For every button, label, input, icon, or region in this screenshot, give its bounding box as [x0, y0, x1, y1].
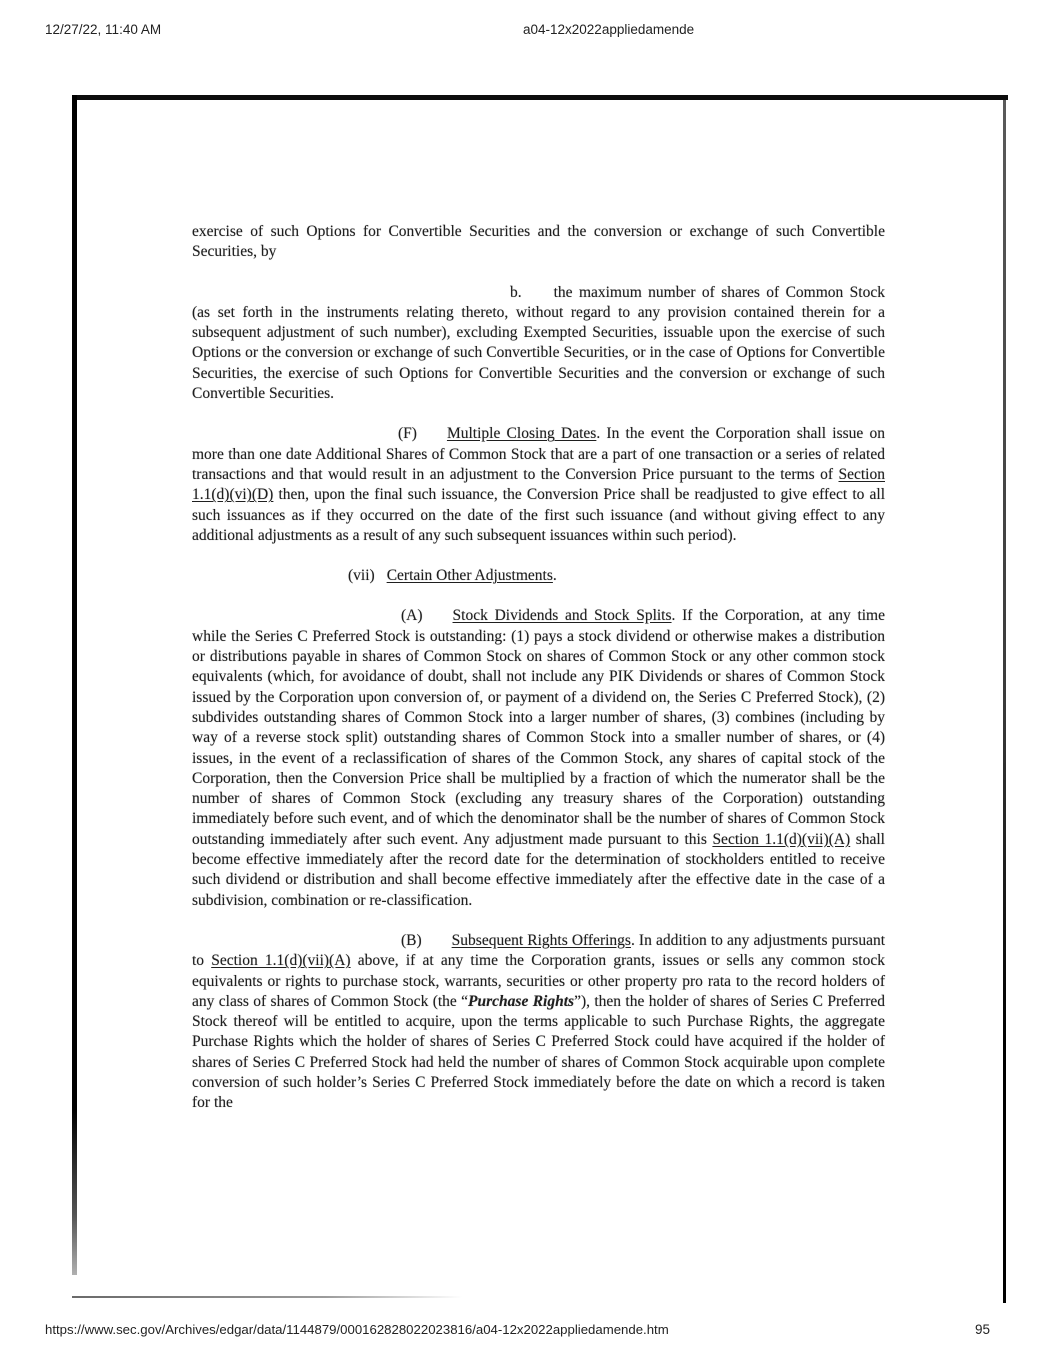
- paragraph-clause-F: (F)Multiple Closing Dates. In the event …: [192, 424, 885, 546]
- page-border-top: [72, 95, 1008, 100]
- clause-label: (A): [401, 607, 423, 624]
- clause-heading: Certain Other Adjustments: [387, 567, 553, 584]
- clause-label: b.: [510, 284, 522, 301]
- clause-heading: Multiple Closing Dates: [447, 425, 596, 442]
- paragraph-text: the maximum number of shares of Common S…: [192, 284, 885, 402]
- clause-label: (B): [401, 932, 422, 949]
- clause-label: (F): [398, 425, 417, 442]
- paragraph-clause-B: (B)Subsequent Rights Offerings. In addit…: [192, 931, 885, 1114]
- paragraph-continuation: exercise of such Options for Convertible…: [192, 222, 885, 263]
- page-border-right: [1003, 100, 1006, 1303]
- print-footer-page-number: 95: [975, 1322, 990, 1337]
- paragraph-text: then, upon the final such issuance, the …: [192, 486, 885, 544]
- page-border-bottom: [72, 1296, 462, 1298]
- paragraph-text: exercise of such Options for Convertible…: [192, 223, 885, 260]
- clause-heading: Stock Dividends and Stock Splits: [453, 607, 672, 624]
- document-body: exercise of such Options for Convertible…: [192, 222, 885, 1114]
- section-reference: Section 1.1(d)(vii)(A): [211, 952, 350, 969]
- paragraph-clause-b: b.the maximum number of shares of Common…: [192, 283, 885, 405]
- print-header-doc-title: a04-12x2022appliedamende: [523, 22, 694, 37]
- paragraph-text: . If the Corporation, at any time while …: [192, 607, 885, 847]
- print-header-datetime: 12/27/22, 11:40 AM: [45, 22, 161, 37]
- clause-label: (vii): [348, 567, 375, 584]
- paragraph-text: ”), then the holder of shares of Series …: [192, 993, 885, 1111]
- clause-heading: Subsequent Rights Offerings: [452, 932, 631, 949]
- paragraph-clause-A: (A)Stock Dividends and Stock Splits. If …: [192, 606, 885, 910]
- defined-term: Purchase Rights: [468, 993, 574, 1010]
- paragraph-clause-vii: (vii)Certain Other Adjustments.: [192, 566, 885, 586]
- page-border-left: [72, 95, 77, 1275]
- paragraph-text: .: [553, 567, 557, 584]
- section-reference: Section 1.1(d)(vii)(A): [712, 831, 850, 848]
- print-footer-url: https://www.sec.gov/Archives/edgar/data/…: [45, 1322, 669, 1337]
